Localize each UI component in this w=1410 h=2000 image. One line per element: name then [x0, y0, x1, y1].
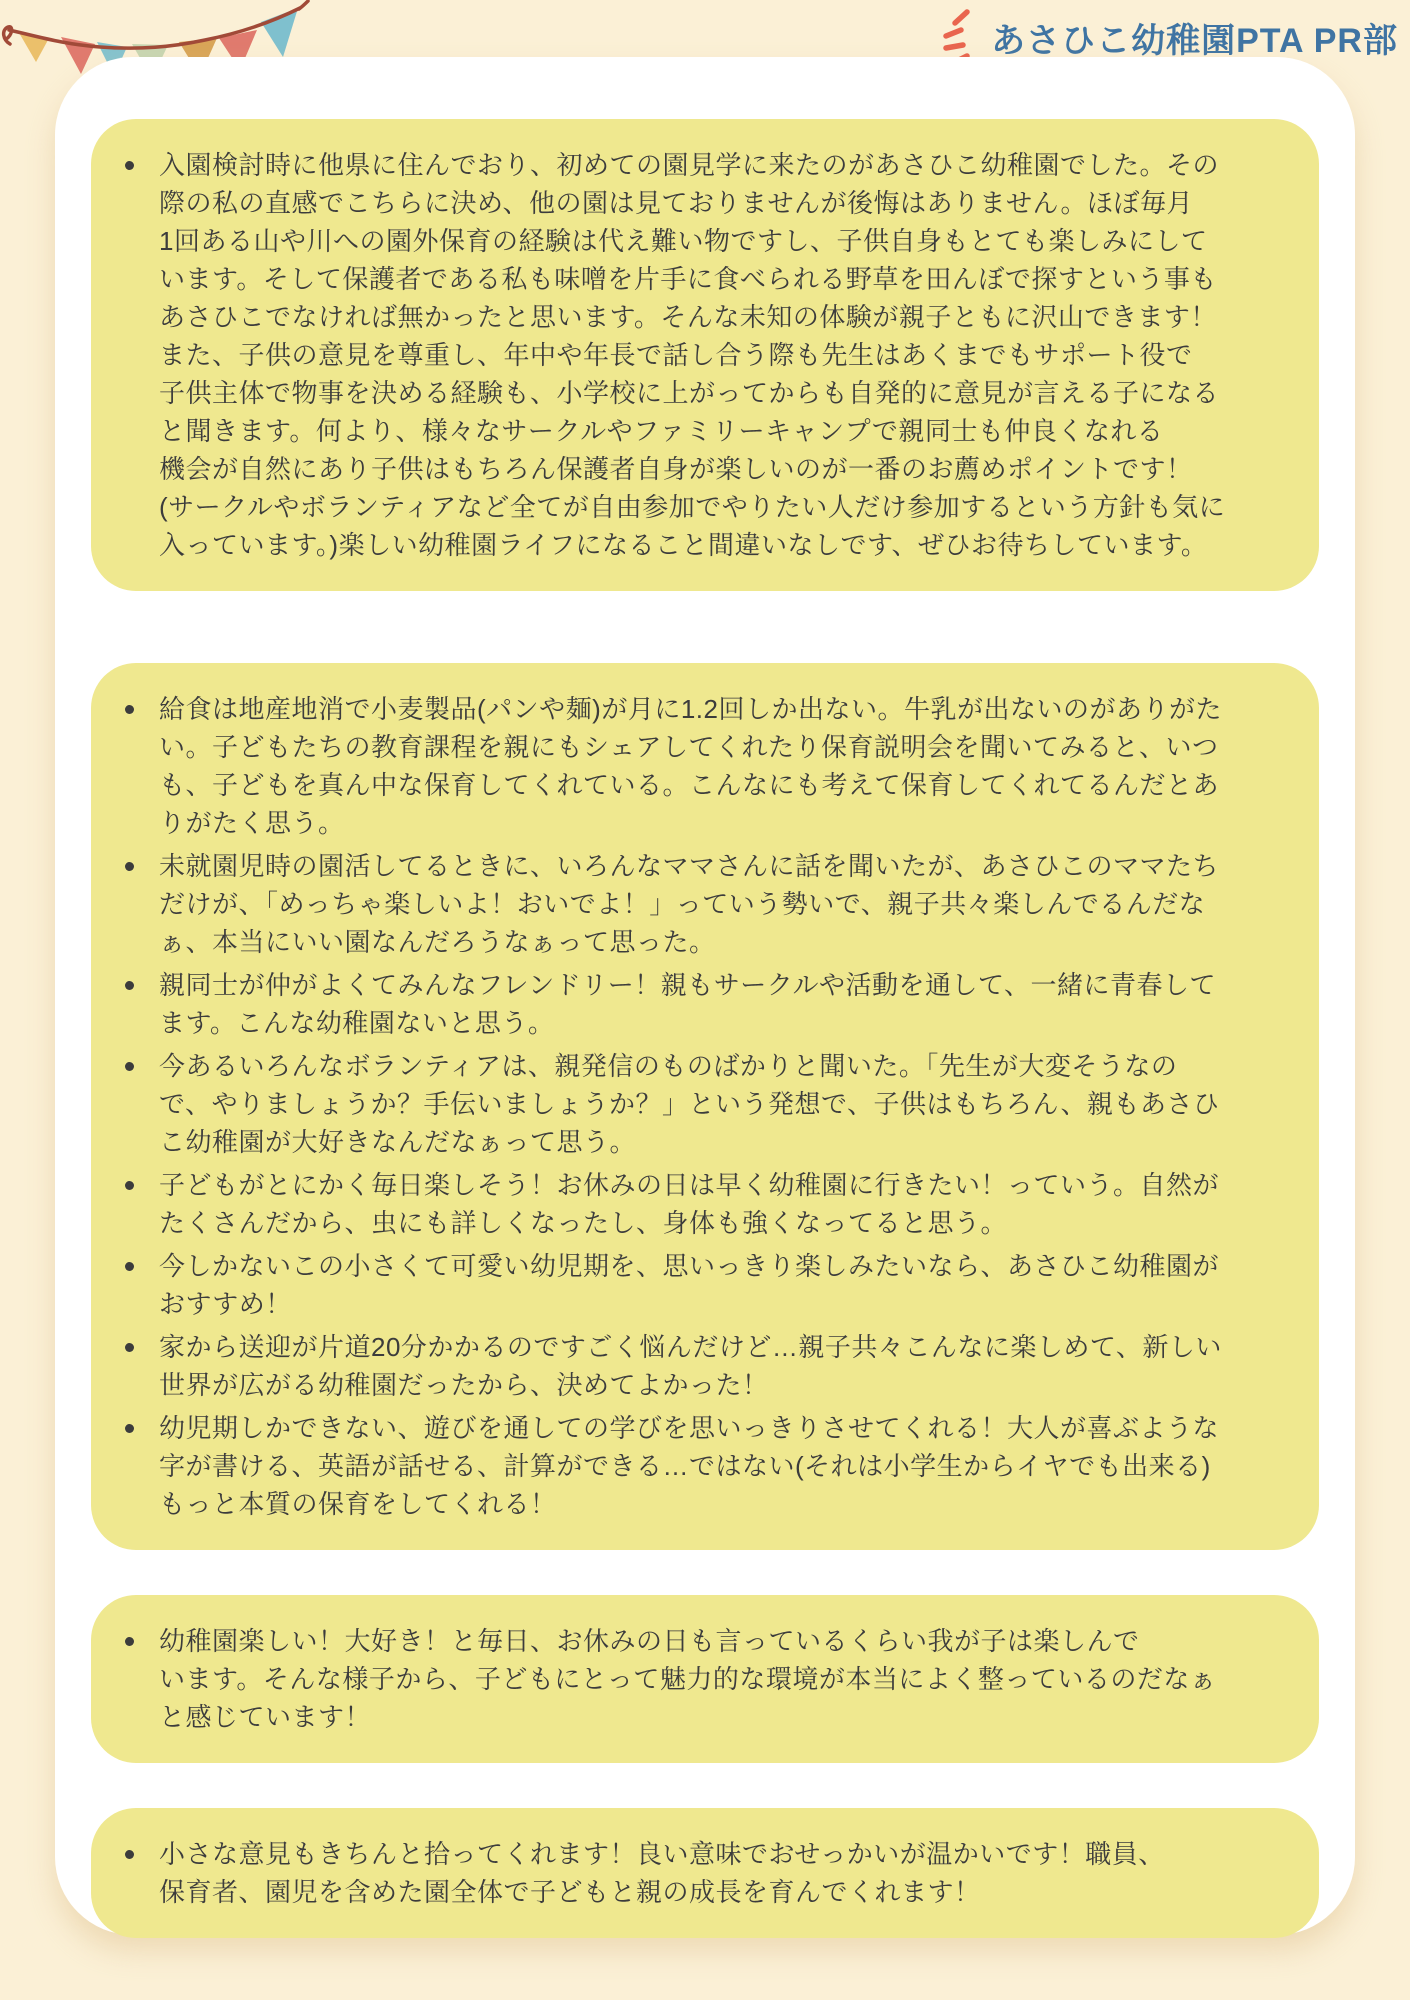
review-item: 未就園児時の園活してるときに、いろんなママさんに話を聞いたが、あさひこのママたち… — [91, 847, 1283, 961]
review-item: 子どもがとにかく毎日楽しそう！お休みの日は早く幼稚園に行きたい！っていう。自然が… — [91, 1166, 1283, 1242]
review-text: 入園検討時に他県に住んでおり、初めての園見学に来たのがあさひこ幼稚園でした。その… — [159, 146, 1225, 564]
review-item: 今しかないこの小さくて可愛い幼児期を、思いっきり楽しみたいなら、あさひこ幼稚園が… — [91, 1247, 1283, 1323]
review-text: 今しかないこの小さくて可愛い幼児期を、思いっきり楽しみたいなら、あさひこ幼稚園が… — [159, 1247, 1219, 1323]
review-text: 幼児期しかできない、遊びを通しての学びを思いっきりさせてくれる！大人が喜ぶような… — [159, 1409, 1219, 1523]
review-item: 幼稚園楽しい！大好き！と毎日、お休みの日も言っているくらい我が子は楽しんで いま… — [91, 1622, 1283, 1736]
bullet-icon — [125, 1181, 134, 1190]
bullet-icon — [125, 1424, 134, 1433]
bullet-icon — [125, 1343, 134, 1352]
content-card: 入園検討時に他県に住んでおり、初めての園見学に来たのがあさひこ幼稚園でした。その… — [55, 57, 1355, 1935]
bullet-icon — [125, 1062, 134, 1071]
flyer-page: { "colors": { "bg": "#FBF0D6", "card": "… — [0, 0, 1410, 2000]
review-block: 小さな意見もきちんと拾ってくれます！良い意味でおせっかいが温かいです！職員、 保… — [91, 1808, 1319, 1938]
review-text: 幼稚園楽しい！大好き！と毎日、お休みの日も言っているくらい我が子は楽しんで いま… — [159, 1622, 1216, 1736]
bullet-icon — [125, 981, 134, 990]
review-text: 親同士が仲がよくてみんなフレンドリー！親もサークルや活動を通して、一緒に青春して… — [159, 966, 1216, 1042]
review-block: 給食は地産地消で小麦製品(パンや麺)が月に1.2回しか出ない。牛乳が出ないのがあ… — [91, 663, 1319, 1550]
review-item: 給食は地産地消で小麦製品(パンや麺)が月に1.2回しか出ない。牛乳が出ないのがあ… — [91, 690, 1283, 842]
review-item: 小さな意見もきちんと拾ってくれます！良い意味でおせっかいが温かいです！職員、 保… — [91, 1835, 1283, 1911]
review-block: 入園検討時に他県に住んでおり、初めての園見学に来たのがあさひこ幼稚園でした。その… — [91, 119, 1319, 591]
logo-title: あさひこ幼稚園PTA PR部 — [991, 13, 1398, 62]
bullet-icon — [125, 1637, 134, 1646]
review-text: 今あるいろんなボランティアは、親発信のものばかりと聞いた。「先生が大変そうなの … — [159, 1047, 1220, 1161]
bullet-icon — [125, 1262, 134, 1271]
review-text: 給食は地産地消で小麦製品(パンや麺)が月に1.2回しか出ない。牛乳が出ないのがあ… — [159, 690, 1222, 842]
bullet-icon — [125, 862, 134, 871]
review-item: 親同士が仲がよくてみんなフレンドリー！親もサークルや活動を通して、一緒に青春して… — [91, 966, 1283, 1042]
bullet-icon — [125, 161, 134, 170]
review-item: 今あるいろんなボランティアは、親発信のものばかりと聞いた。「先生が大変そうなの … — [91, 1047, 1283, 1161]
bullet-icon — [125, 1850, 134, 1859]
review-item: 家から送迎が片道20分かかるのですごく悩んだけど…親子共々こんなに楽しめて、新し… — [91, 1328, 1283, 1404]
review-text: 子どもがとにかく毎日楽しそう！お休みの日は早く幼稚園に行きたい！っていう。自然が… — [159, 1166, 1219, 1242]
bullet-icon — [125, 705, 134, 714]
review-block: 幼稚園楽しい！大好き！と毎日、お休みの日も言っているくらい我が子は楽しんで いま… — [91, 1595, 1319, 1763]
review-text: 小さな意見もきちんと拾ってくれます！良い意味でおせっかいが温かいです！職員、 保… — [159, 1835, 1165, 1911]
review-item: 幼児期しかできない、遊びを通しての学びを思いっきりさせてくれる！大人が喜ぶような… — [91, 1409, 1283, 1523]
review-text: 未就園児時の園活してるときに、いろんなママさんに話を聞いたが、あさひこのママたち… — [159, 847, 1219, 961]
review-text: 家から送迎が片道20分かかるのですごく悩んだけど…親子共々こんなに楽しめて、新し… — [159, 1328, 1222, 1404]
review-item: 入園検討時に他県に住んでおり、初めての園見学に来たのがあさひこ幼稚園でした。その… — [91, 146, 1283, 564]
